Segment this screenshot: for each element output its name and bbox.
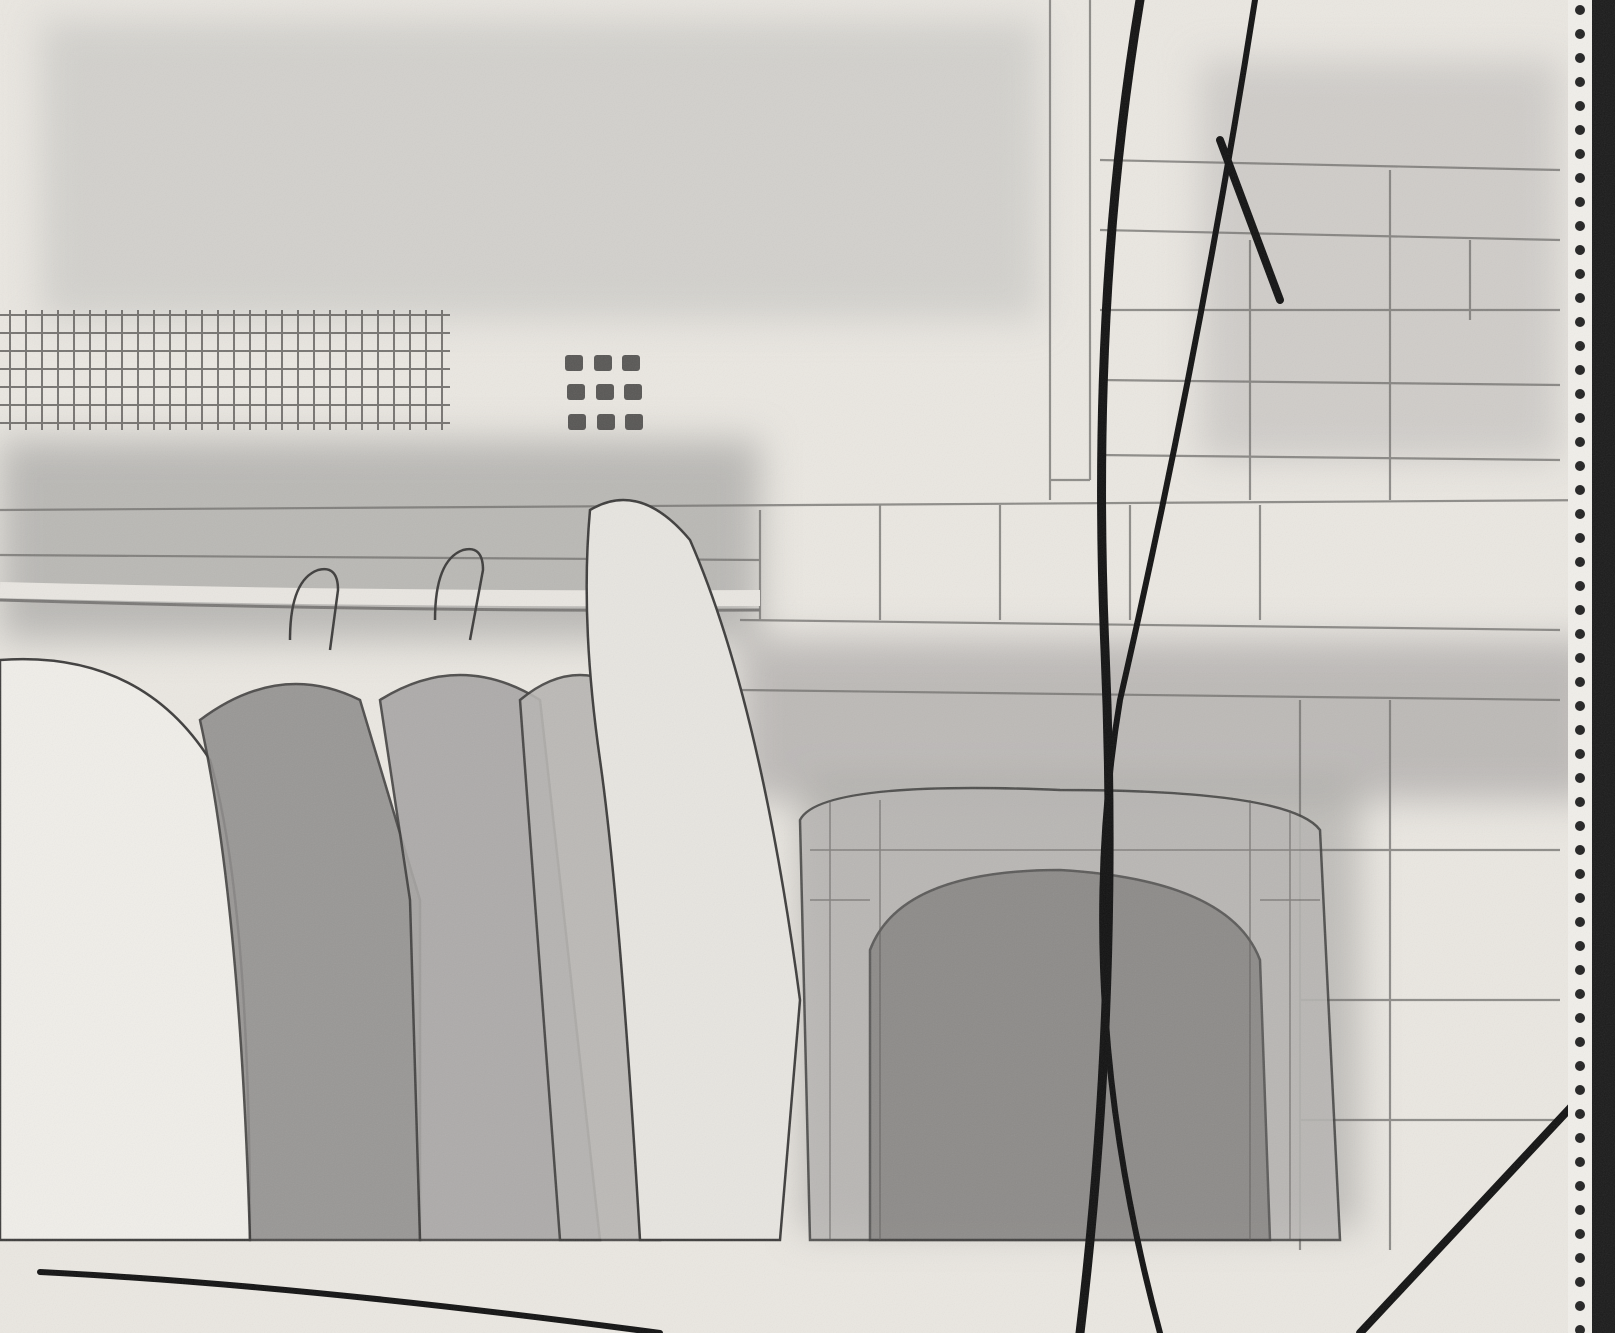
drawing-canvas [0, 0, 1615, 1333]
pencil-drawing [0, 0, 1615, 1333]
paper-grain [0, 0, 1615, 1333]
